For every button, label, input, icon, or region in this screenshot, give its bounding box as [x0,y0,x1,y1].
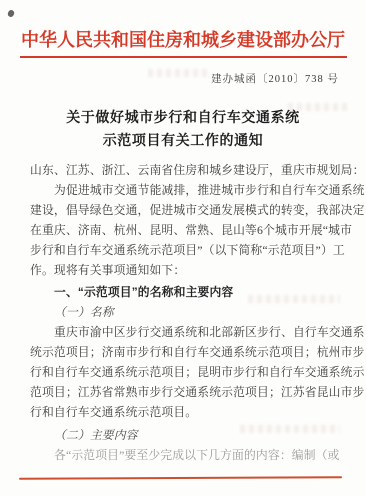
subsection-heading-1: （一）名称 [30,303,340,323]
bleed-through-artifact [148,69,210,77]
header-red-rule [20,56,347,58]
scanned-document-page: 中华人民共和国住房和城乡建设部办公厅 建办城函〔2010〕738 号 关于做好城… [0,0,366,496]
bleed-through-artifact [248,295,340,303]
body-line: 作。现将有关事项通知如下： [30,261,340,281]
document-title-line-2: 示范项目有关工作的通知 [0,130,366,153]
body-line: 在重庆、济南、杭州、昆明、常熟、昆山等6个城市开展“城市 [30,221,340,241]
body-line-faded: 各“示范项目”要至少完成以下几方面的内容：编制（或 [30,446,340,466]
body-line: 行和自行车交通系统示范项目；昆明市步行和自行车交通系统示 [30,363,340,383]
document-number: 建办城函〔2010〕738 号 [200,71,350,86]
bottom-red-rule [19,476,342,479]
body-line: 范项目；江苏省常熟市步行交通系统示范项目；江苏省昆山市步 [30,383,340,403]
scan-artifact-speck [7,9,15,18]
body-line: 统示范项目；济南市步行和自行车交通系统示范项目；杭州市步 [30,343,340,363]
bleed-through-artifact [288,103,350,111]
body-line: 建设，倡导绿色交通，促进城市交通发展模式的转变，我部决定 [30,201,340,221]
bleed-through-artifact [240,425,340,433]
body-line: 步行和自行车交通系统示范项目”（以下简称“示范项目”）工 [30,241,340,261]
document-title: 关于做好城市步行和自行车交通系统 示范项目有关工作的通知 [0,107,366,153]
body-line: 为促进城市交通节能减排，推进城市步行和自行车交通系统 [30,181,340,201]
body-line: 行和自行车交通系统示范项目。 [30,403,340,423]
body-line-salutation: 山东、江苏、浙江、云南省住房和城乡建设厅，重庆市规划局： [30,161,340,181]
document-body: 山东、江苏、浙江、云南省住房和城乡建设厅，重庆市规划局： 为促进城市交通节能减排… [30,161,340,466]
body-line: 重庆市渝中区步行交通系统和北部新区步行、自行车交通系 [30,323,340,343]
agency-header-title: 中华人民共和国住房和城乡建设部办公厅 [0,26,366,52]
